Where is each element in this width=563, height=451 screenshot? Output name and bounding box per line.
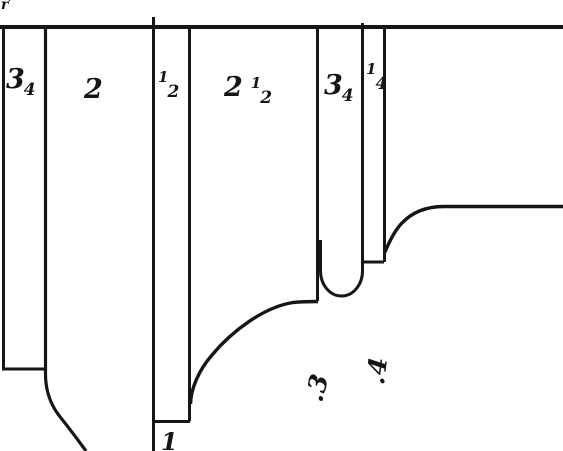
rotated-label-point-three: .3	[301, 371, 332, 405]
width-label-one-half: 12	[158, 70, 180, 101]
line-work	[0, 0, 563, 451]
numeral: 2	[224, 72, 244, 103]
numeral-sub: 2	[260, 88, 273, 108]
numeral-sub: 4	[375, 74, 388, 94]
width-label-one-quarter: 14	[366, 62, 388, 93]
numeral: 3	[6, 64, 26, 95]
numeral: 2	[84, 74, 104, 105]
depth-label-one: 1	[161, 430, 179, 451]
u-channel-outline	[321, 23, 363, 296]
rotated-label-point-four: .4	[363, 355, 391, 386]
cove-sweep-curve	[191, 302, 319, 405]
numeral-sub: 2	[167, 82, 180, 102]
ogee-curve-right	[385, 207, 563, 254]
width-label-two-and-half: 212	[224, 74, 273, 107]
channel1-right-wall-curve	[46, 27, 87, 451]
numeral-sub: 4	[24, 80, 37, 100]
numeral-sub: 4	[342, 86, 355, 106]
numeral: 3	[324, 70, 344, 101]
width-label-three-quarters-1: 34	[6, 66, 37, 99]
width-label-two: 2	[84, 76, 104, 103]
corner-mark: r′	[1, 0, 12, 12]
width-label-three-quarters-2: 34	[324, 72, 355, 105]
profile-drawing: r′ 34 2 12 212 34 14 1 .3 .4	[0, 0, 563, 451]
